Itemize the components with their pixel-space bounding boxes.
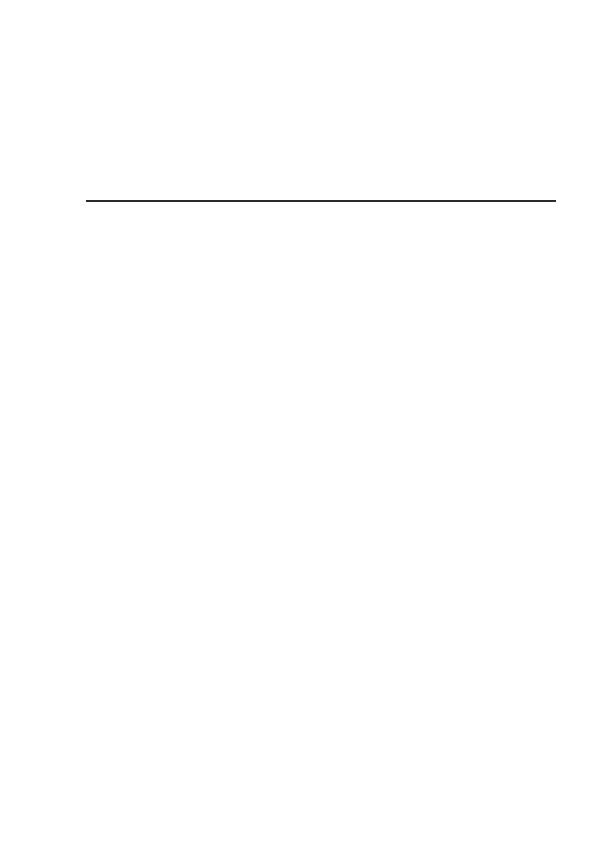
reference-item	[108, 347, 118, 358]
section-1-heading	[86, 226, 96, 237]
section-3-heading	[86, 583, 96, 594]
reference-item	[108, 383, 118, 394]
reference-item	[108, 455, 118, 466]
reference-item	[108, 437, 118, 448]
reference-item	[108, 491, 118, 502]
reference-item	[108, 365, 118, 376]
reference-item	[108, 329, 118, 340]
header-divider	[86, 200, 556, 202]
reference-item	[108, 401, 118, 412]
section-2-heading	[86, 305, 96, 316]
reference-item	[108, 545, 118, 556]
reference-item	[108, 527, 118, 538]
reference-item	[108, 419, 118, 430]
reference-item	[108, 509, 118, 520]
reference-item	[108, 563, 118, 574]
reference-item	[108, 473, 118, 484]
